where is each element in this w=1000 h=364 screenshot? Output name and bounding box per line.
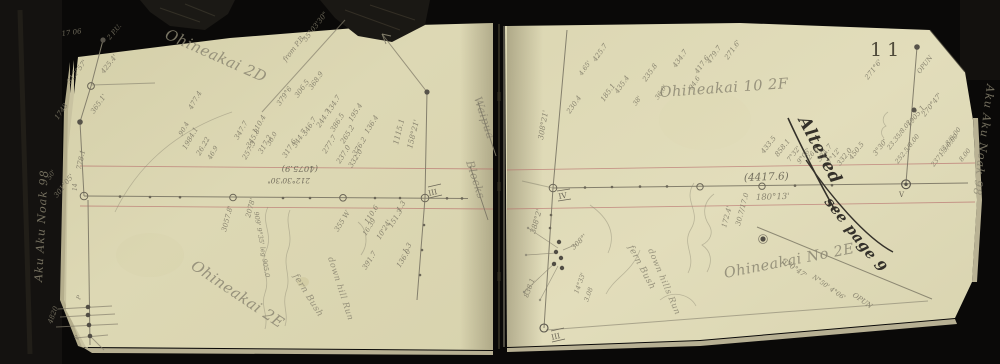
pencil-annotation-upside-down: 212°30'30": [267, 176, 311, 185]
pencil-annotation: 14: [72, 183, 79, 191]
notebook-scan: Aku Aku Noak 98 Ohineakai 2D Ohineakai 2…: [0, 0, 1000, 364]
stitch: [498, 272, 501, 281]
pencil-annotation-upside-down: (4075.9): [282, 163, 318, 174]
pencil-annotation: (4417.6): [744, 170, 789, 184]
cover-corner: [960, 0, 1000, 80]
stitch: [498, 182, 501, 191]
svg-text:V: V: [898, 191, 905, 199]
pencil-annotation: 180°13': [756, 192, 790, 203]
page-number: 11: [870, 39, 904, 61]
stitch: [498, 92, 501, 101]
notebook-photo: Aku Aku Noak 98 Ohineakai 2D Ohineakai 2…: [0, 0, 1000, 364]
